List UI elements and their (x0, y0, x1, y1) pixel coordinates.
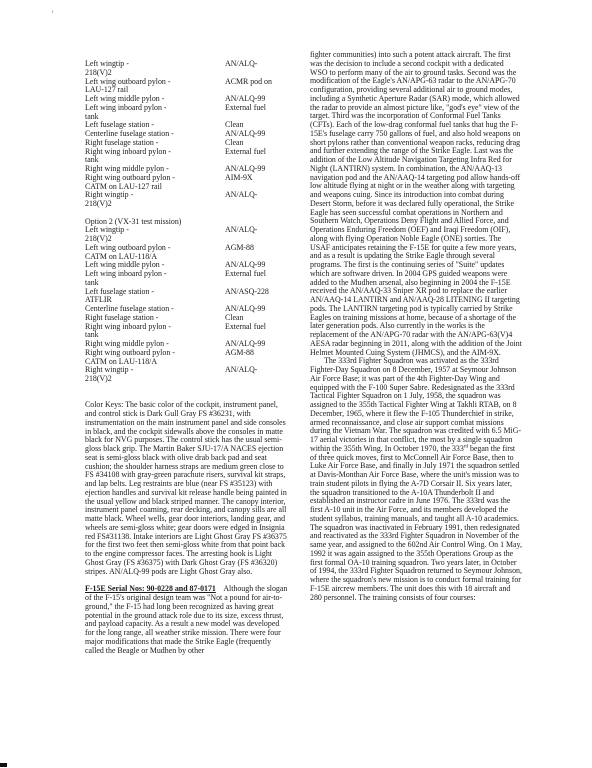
store-value: External fuel (225, 323, 290, 341)
station-label: Left wing outboard pylon -LAU-127 rail (85, 78, 225, 96)
squadron-history-paragraph: The 333rd Fighter Squadron was activated… (310, 357, 522, 602)
loadout-row: Right wing inboard pylon -tankExternal f… (85, 148, 290, 166)
store-value: AIM-9X (225, 174, 290, 192)
station-continuation: 218(V)2 (85, 200, 225, 209)
station-label: Right wingtip -218(V)2 (85, 191, 225, 209)
loadout-row: Left fuselage station -ATFLIRAN/ASQ-228 (85, 288, 290, 306)
loadout-row: Right wing outboard pylon -CATM on LAU-1… (85, 349, 290, 367)
right-column: fighter communities) into such a potent … (310, 51, 522, 602)
station-name: Centerline fuselage station - (85, 304, 174, 313)
station-label: Right wing outboard pylon -CATM on LAU-1… (85, 349, 225, 367)
store-value: External fuel (225, 148, 290, 166)
station-label: Left wing inboard pylon -tank (85, 104, 225, 122)
station-name: Right wingtip - (85, 190, 133, 199)
store-value: AN/ALQ- (225, 226, 290, 244)
left-column: Left wingtip -218(V)2AN/ALQ-Left wing ou… (85, 60, 290, 655)
store-value: AGM-88 (225, 349, 290, 367)
loadout-row: Left wing inboard pylon -tankExternal fu… (85, 270, 290, 288)
station-name: Right fuselage station - (85, 313, 158, 322)
station-label: Left wingtip -218(V)2 (85, 60, 225, 78)
station-name: Left wing inboard pylon - (85, 103, 167, 112)
serial-paragraph: F-15E Serial Nos: 90-0228 and 87-0171 Al… (85, 585, 290, 655)
store-value: AN/ASQ-228 (225, 288, 290, 306)
station-name: Left wingtip - (85, 59, 129, 68)
station-name: Left wingtip - (85, 225, 129, 234)
loadout-row: Right wingtip -218(V)2AN/ALQ- (85, 191, 290, 209)
serial-body-right: fighter communities) into such a potent … (310, 51, 522, 357)
serial-body-left: Although the slogan of the F-15's origin… (85, 584, 287, 654)
station-name: Left wing outboard pylon - (85, 243, 170, 252)
station-name: Right wingtip - (85, 365, 133, 374)
station-name: Centerline fuselage station - (85, 129, 174, 138)
loadout-row: Left wing outboard pylon -LAU-127 railAC… (85, 78, 290, 96)
loadout-row: Left wingtip -218(V)2AN/ALQ- (85, 226, 290, 244)
loadout-row: Left wing inboard pylon -tankExternal fu… (85, 104, 290, 122)
station-label: Left fuselage station -ATFLIR (85, 288, 225, 306)
station-name: Left wing outboard pylon - (85, 77, 170, 86)
station-name: Right wing inboard pylon - (85, 147, 171, 156)
stray-dot (327, 452, 329, 454)
loadout-row: Left wingtip -218(V)2AN/ALQ- (85, 60, 290, 78)
store-value: AGM-88 (225, 244, 290, 262)
store-value: AN/ALQ- (225, 191, 290, 209)
loadout-row: Right wingtip -218(V)2AN/ALQ- (85, 366, 290, 384)
store-value: External fuel (225, 270, 290, 288)
station-name: Left wing inboard pylon - (85, 269, 167, 278)
station-name: Right fuselage station - (85, 138, 158, 147)
scan-corner-mark (0, 763, 7, 767)
station-name: Right wing outboard pylon - (85, 173, 175, 182)
station-name: Right wing middle pylon - (85, 339, 169, 348)
station-name: Left wing middle pylon - (85, 94, 164, 103)
store-value: ACMR pod on (225, 78, 290, 96)
station-label: Left wing inboard pylon -tank (85, 270, 225, 288)
station-label: Left wing outboard pylon -CATM on LAU-11… (85, 244, 225, 262)
loadout-row: Left wing outboard pylon -CATM on LAU-11… (85, 244, 290, 262)
station-name: Right wing outboard pylon - (85, 348, 175, 357)
station-continuation: 218(V)2 (85, 375, 225, 384)
loadout-row: Right wing inboard pylon -tankExternal f… (85, 323, 290, 341)
station-label: Right wing inboard pylon -tank (85, 148, 225, 166)
store-value: External fuel (225, 104, 290, 122)
station-name: Left wing middle pylon - (85, 260, 164, 269)
station-label: Left wingtip -218(V)2 (85, 226, 225, 244)
station-label: Right wingtip -218(V)2 (85, 366, 225, 384)
serial-heading: F-15E Serial Nos: 90-0228 and 87-0171 (85, 584, 216, 593)
squadron-history-b: began the first of three quick moves, fi… (310, 444, 522, 602)
store-value: AN/ALQ- (225, 60, 290, 78)
document-page: Left wingtip -218(V)2AN/ALQ-Left wing ou… (0, 0, 592, 768)
scan-speck (52, 10, 53, 13)
station-label: Right wing outboard pylon -CATM on LAU-1… (85, 174, 225, 192)
station-name: Left fuselage station - (85, 287, 154, 296)
station-name: Right wing middle pylon - (85, 164, 169, 173)
option1-loadout-list: Left wingtip -218(V)2AN/ALQ-Left wing ou… (85, 60, 290, 209)
station-name: Right wing inboard pylon - (85, 322, 171, 331)
squadron-history-a: The 333rd Fighter Squadron was activated… (310, 356, 521, 453)
station-label: Right wing inboard pylon -tank (85, 323, 225, 341)
store-value: AN/ALQ- (225, 366, 290, 384)
station-name: Left fuselage station - (85, 120, 154, 129)
color-keys-paragraph: Color Keys: The basic color of the cockp… (85, 401, 290, 576)
option2-loadout-list: Left wingtip -218(V)2AN/ALQ-Left wing ou… (85, 226, 290, 384)
loadout-row: Right wing outboard pylon -CATM on LAU-1… (85, 174, 290, 192)
